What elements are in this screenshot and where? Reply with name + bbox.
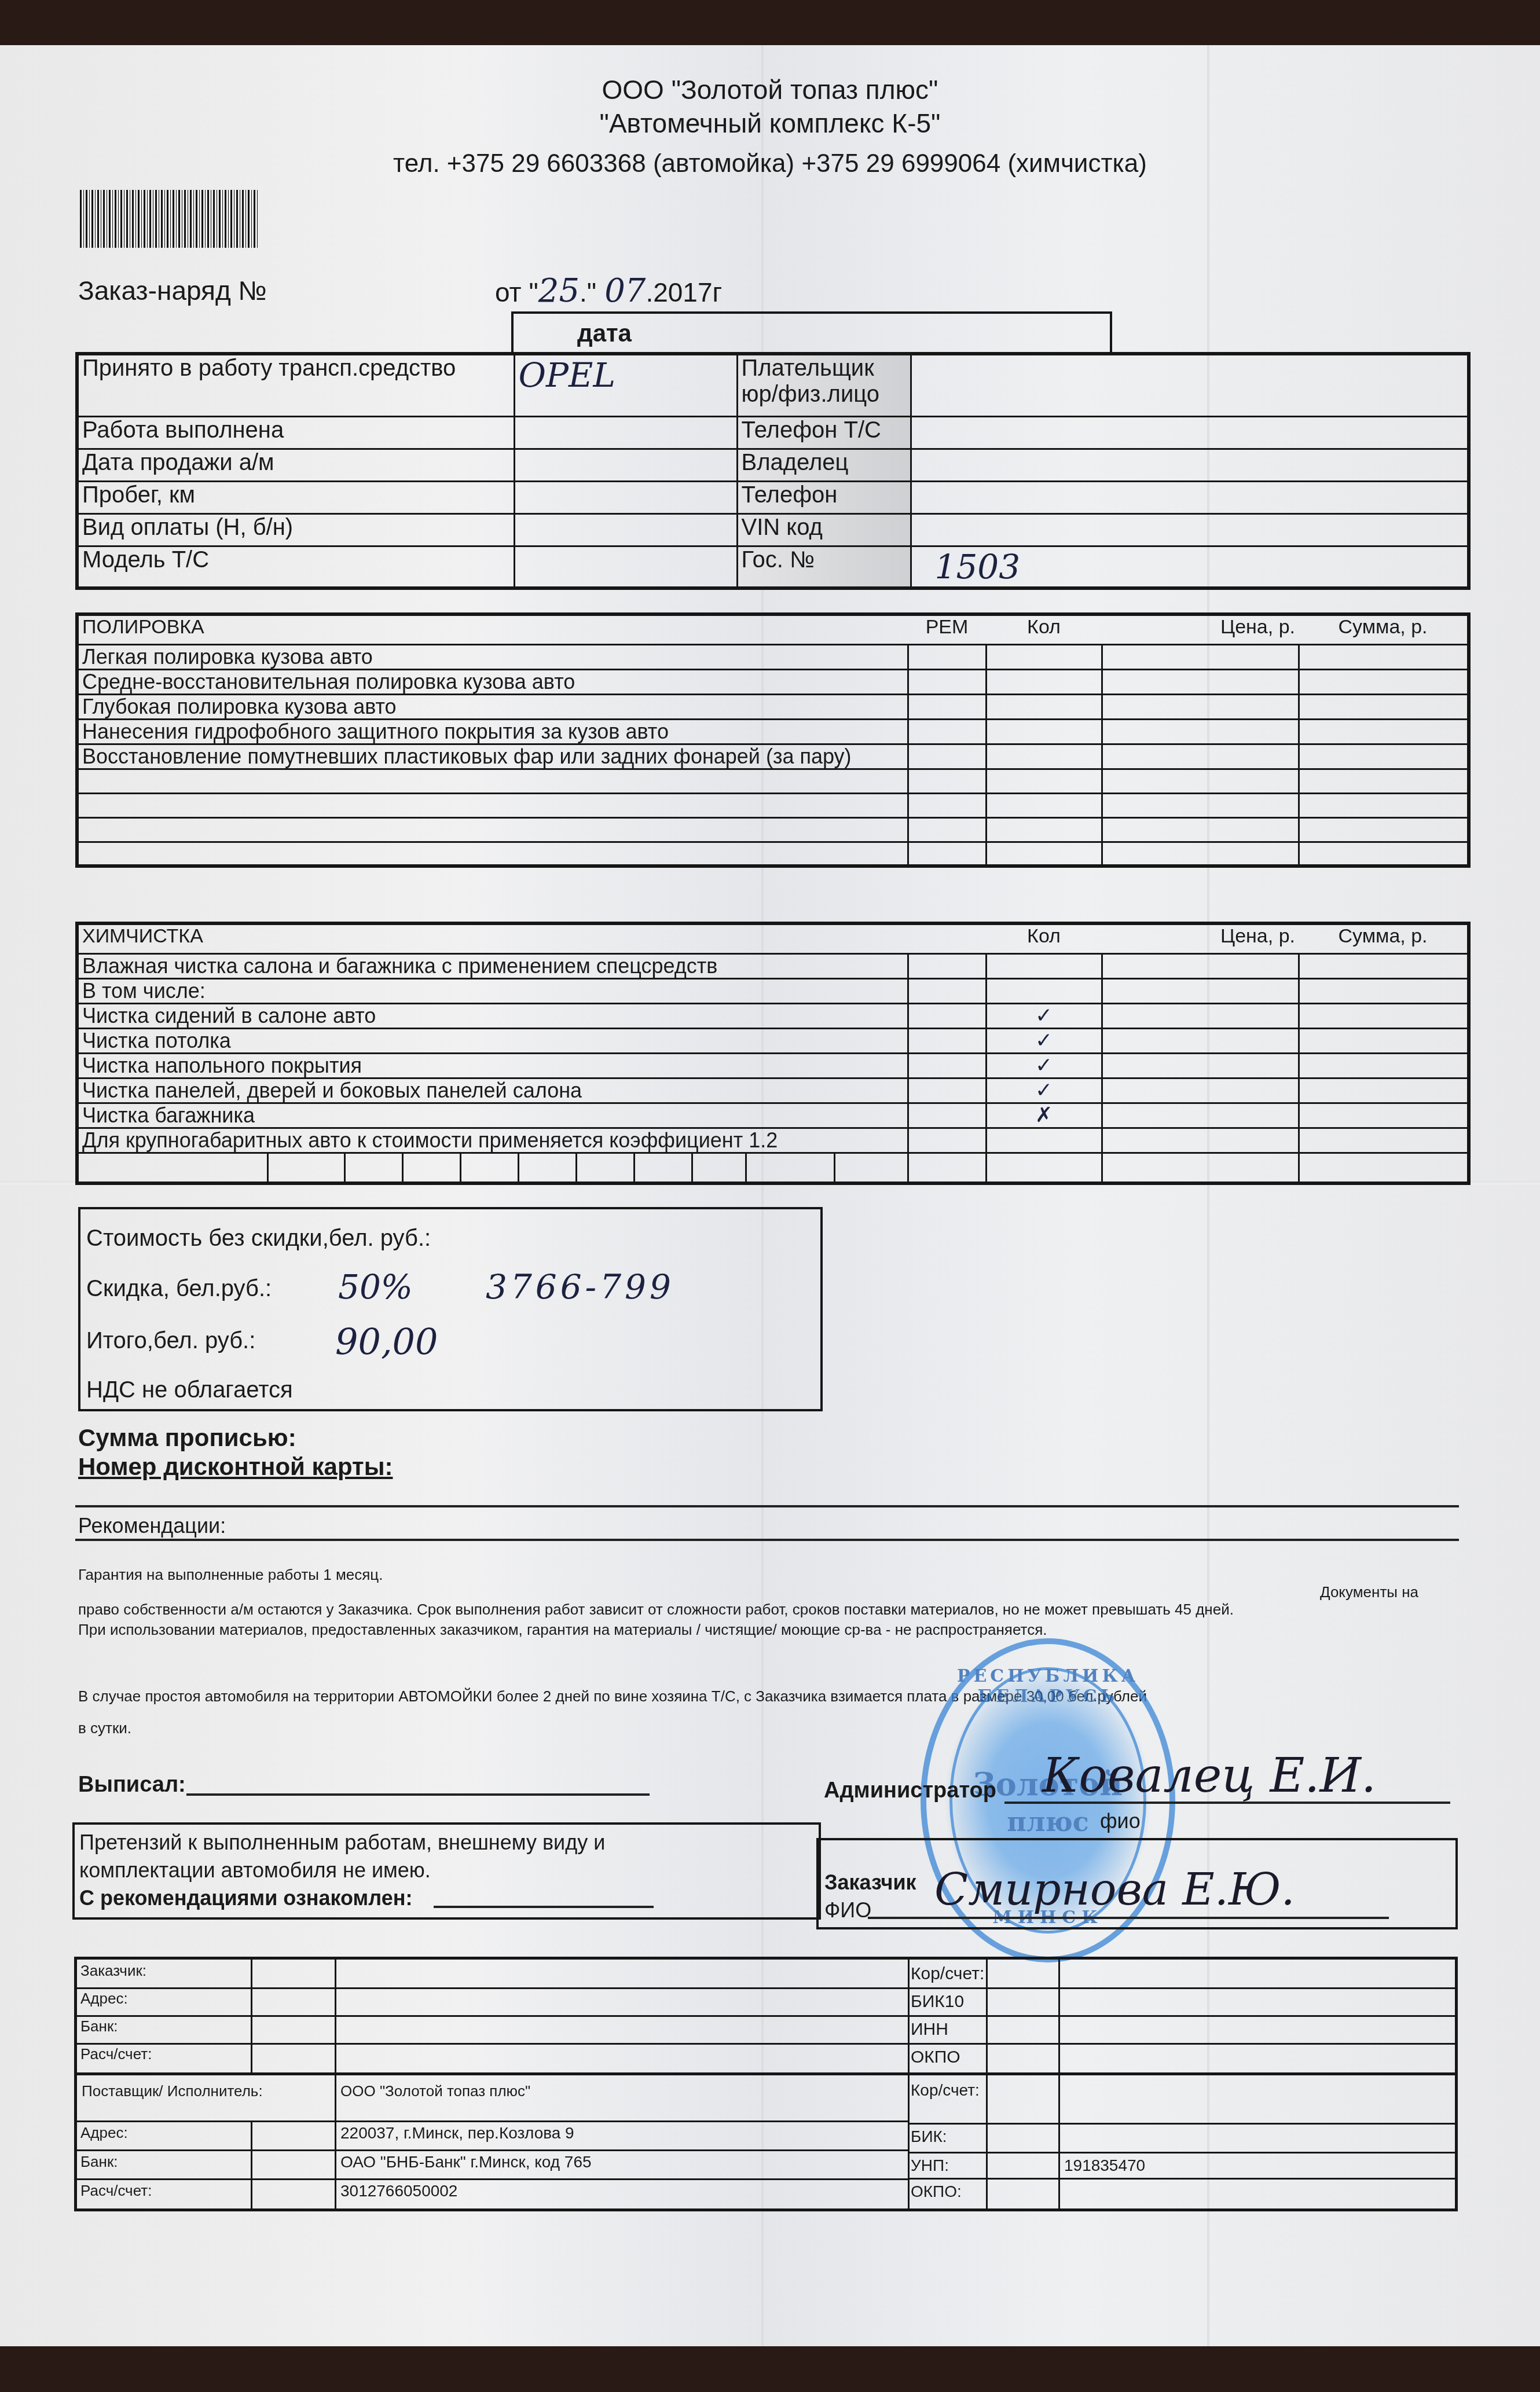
customer-field-label: ИНН bbox=[911, 2020, 948, 2039]
qty-cell[interactable]: ✓ bbox=[986, 1003, 1102, 1028]
table-row: Легкая полировка кузова авто bbox=[77, 644, 1469, 669]
table-row: Пробег, кмТелефон bbox=[77, 481, 1469, 513]
supplier-field-label: БИК: bbox=[911, 2127, 947, 2146]
price-cell[interactable] bbox=[1102, 953, 1299, 978]
sum-cell[interactable] bbox=[1299, 1103, 1469, 1128]
sum-cell[interactable] bbox=[1299, 669, 1469, 694]
qty-cell[interactable] bbox=[986, 817, 1102, 842]
field-value[interactable] bbox=[514, 546, 737, 588]
rem-cell[interactable] bbox=[908, 719, 986, 744]
rem-cell[interactable] bbox=[908, 769, 986, 793]
admin-label: Администратор bbox=[824, 1778, 996, 1803]
supplier-name: ООО "Золотой топаз плюс" bbox=[340, 2082, 530, 2100]
field-value[interactable] bbox=[514, 513, 737, 546]
customer-field-label: Адрес: bbox=[80, 1990, 128, 2008]
service-name: Глубокая полировка кузова авто bbox=[77, 694, 908, 719]
table-row: Дата продажи а/мВладелец bbox=[77, 449, 1469, 481]
price-cell[interactable] bbox=[1102, 1003, 1299, 1028]
service-name bbox=[77, 769, 908, 793]
discount-label: Скидка, бел.руб.: bbox=[86, 1276, 272, 1302]
field-label: Телефон bbox=[737, 481, 911, 513]
customer-signature-line[interactable] bbox=[868, 1917, 1389, 1919]
service-name bbox=[77, 817, 908, 842]
qty-cell[interactable] bbox=[986, 744, 1102, 769]
service-name: Нанесения гидрофобного защитного покрыти… bbox=[77, 719, 908, 744]
company-name: ООО "Золотой топаз плюс" bbox=[0, 74, 1540, 105]
table-row: Принято в работу трансп.средствоOPELПлат… bbox=[77, 354, 1469, 416]
price-cell[interactable] bbox=[1102, 694, 1299, 719]
sum-in-words-label: Сумма прописью: bbox=[78, 1424, 296, 1452]
rem-cell[interactable] bbox=[908, 793, 986, 817]
field-value[interactable]: OPEL bbox=[514, 354, 737, 416]
rem-cell[interactable] bbox=[908, 1078, 986, 1103]
service-name: Для крупногабаритных авто к стоимости пр… bbox=[77, 1128, 908, 1153]
sum-cell[interactable] bbox=[1299, 719, 1469, 744]
supplier-field-value: ОАО "БНБ-Банк" г.Минск, код 765 bbox=[340, 2153, 592, 2171]
discount-card-label: Номер дисконтной карты: bbox=[78, 1453, 393, 1481]
table-row: Средне-восстановительная полировка кузов… bbox=[77, 669, 1469, 694]
supplier-field-label: УНП: bbox=[911, 2156, 949, 2175]
customer-field-label: Банк: bbox=[80, 2017, 118, 2035]
price-cell[interactable] bbox=[1102, 669, 1299, 694]
customer-box: Заказчик ФИО Смирнова Е.Ю. bbox=[816, 1838, 1458, 1929]
qty-cell[interactable] bbox=[986, 1128, 1102, 1153]
field-value[interactable] bbox=[911, 354, 1469, 416]
supplier-field-label: Расч/счет: bbox=[80, 2182, 152, 2200]
price-cell[interactable] bbox=[1102, 793, 1299, 817]
drycleaning-title: ХИМЧИСТКА bbox=[77, 923, 908, 953]
field-value[interactable]: 1503 bbox=[911, 546, 1469, 588]
table-row bbox=[77, 793, 1469, 817]
table-row: Чистка багажника✗ bbox=[77, 1103, 1469, 1128]
sum-cell[interactable] bbox=[1299, 1028, 1469, 1053]
customer-field-label: Кор/счет: bbox=[911, 1964, 984, 1984]
service-name bbox=[77, 793, 908, 817]
table-row: Глубокая полировка кузова авто bbox=[77, 694, 1469, 719]
sum-cell[interactable] bbox=[1299, 1053, 1469, 1078]
drycleaning-table: ХИМЧИСТКА Кол Цена, р. Сумма, р. Влажная… bbox=[75, 922, 1471, 1185]
service-name: Восстановление помутневших пластиковых ф… bbox=[77, 744, 908, 769]
idle-fee-text-2: в сутки. bbox=[78, 1719, 131, 1737]
rem-cell[interactable] bbox=[908, 1103, 986, 1128]
supplier-title: Поставщик/ Исполнитель: bbox=[82, 2082, 263, 2100]
service-name: Чистка напольного покрытия bbox=[77, 1053, 908, 1078]
qty-cell[interactable] bbox=[986, 694, 1102, 719]
sum-cell[interactable] bbox=[1299, 978, 1469, 1003]
price-cell[interactable] bbox=[1102, 817, 1299, 842]
supplier-field-value: 3012766050002 bbox=[340, 2182, 457, 2200]
table-row: Работа выполненаТелефон Т/С bbox=[77, 416, 1469, 449]
sum-cell[interactable] bbox=[1299, 644, 1469, 669]
sum-cell[interactable] bbox=[1299, 793, 1469, 817]
qty-cell[interactable] bbox=[986, 644, 1102, 669]
table-row: Чистка потолка✓ bbox=[77, 1028, 1469, 1053]
price-cell[interactable] bbox=[1102, 842, 1299, 866]
field-label: Вид оплаты (Н, б/н) bbox=[77, 513, 514, 546]
supplier-details-table: Поставщик/ Исполнитель: ООО "Золотой топ… bbox=[74, 2072, 1458, 2211]
vehicle-info-table: Принято в работу трансп.средствоOPELПлат… bbox=[75, 352, 1471, 590]
field-label: Дата продажи а/м bbox=[77, 449, 514, 481]
table-row: Вид оплаты (Н, б/н)VIN код bbox=[77, 513, 1469, 546]
field-label: Владелец bbox=[737, 449, 911, 481]
service-name bbox=[77, 842, 908, 866]
service-name: Чистка сидений в салоне авто bbox=[77, 1003, 908, 1028]
unp-value: 191835470 bbox=[1064, 2156, 1145, 2175]
sum-cell[interactable] bbox=[1299, 744, 1469, 769]
ack-signature-line[interactable] bbox=[434, 1906, 654, 1908]
field-label: Гос. № bbox=[737, 546, 911, 588]
field-value[interactable] bbox=[514, 449, 737, 481]
discount-note: 3766-799 bbox=[486, 1267, 674, 1307]
cost-label: Стоимость без скидки,бел. руб.: bbox=[86, 1226, 431, 1252]
polishing-title: ПОЛИРОВКА bbox=[77, 614, 908, 644]
sum-cell[interactable] bbox=[1299, 1128, 1469, 1153]
field-label: Пробег, км bbox=[77, 481, 514, 513]
rem-cell[interactable] bbox=[908, 953, 986, 978]
table-row: Для крупногабаритных авто к стоимости пр… bbox=[77, 1128, 1469, 1153]
supplier-field-value: 220037, г.Минск, пер.Козлова 9 bbox=[340, 2124, 574, 2142]
sum-cell[interactable] bbox=[1299, 769, 1469, 793]
field-value[interactable] bbox=[514, 416, 737, 449]
total-label: Итого,бел. руб.: bbox=[86, 1328, 255, 1354]
documents-text: Документы на bbox=[1320, 1583, 1418, 1601]
table-row: Модель Т/СГос. №1503 bbox=[77, 546, 1469, 588]
rem-cell[interactable] bbox=[908, 744, 986, 769]
customer-field-label: Заказчик: bbox=[80, 1962, 146, 1980]
barcode bbox=[80, 190, 259, 248]
supplier-field-label: Кор/счет: bbox=[911, 2081, 980, 2100]
field-value[interactable] bbox=[911, 513, 1469, 546]
price-cell[interactable] bbox=[1102, 1028, 1299, 1053]
sum-cell[interactable] bbox=[1299, 1003, 1469, 1028]
recommendations-label: Рекомендации: bbox=[78, 1514, 226, 1538]
service-name: Чистка потолка bbox=[77, 1028, 908, 1053]
claims-box: Претензий к выполненным работам, внешнем… bbox=[72, 1822, 821, 1920]
price-cell[interactable] bbox=[1102, 978, 1299, 1003]
service-name: Влажная чистка салона и багажника с прим… bbox=[77, 953, 908, 978]
table-row: В том числе: bbox=[77, 978, 1469, 1003]
price-cell[interactable] bbox=[1102, 769, 1299, 793]
field-label: Работа выполнена bbox=[77, 416, 514, 449]
service-name: Средне-восстановительная полировка кузов… bbox=[77, 669, 908, 694]
polishing-table: ПОЛИРОВКА РЕМ Кол Цена, р. Сумма, р. Лег… bbox=[75, 612, 1471, 868]
table-row: Восстановление помутневших пластиковых ф… bbox=[77, 744, 1469, 769]
warranty-text: Гарантия на выполненные работы 1 месяц. bbox=[78, 1566, 383, 1584]
rem-cell[interactable] bbox=[908, 1028, 986, 1053]
customer-field-label: БИК10 bbox=[911, 1992, 964, 2012]
table-row: Чистка панелей, дверей и боковых панелей… bbox=[77, 1078, 1469, 1103]
date-box: дата bbox=[511, 311, 1112, 355]
vat-note: НДС не облагается bbox=[86, 1377, 293, 1403]
sum-cell[interactable] bbox=[1299, 694, 1469, 719]
qty-cell[interactable] bbox=[986, 669, 1102, 694]
table-row: Чистка сидений в салоне авто✓ bbox=[77, 1003, 1469, 1028]
qty-cell[interactable]: ✓ bbox=[986, 1028, 1102, 1053]
materials-text: При использовании материалов, предоставл… bbox=[78, 1621, 1047, 1639]
qty-cell[interactable] bbox=[986, 719, 1102, 744]
rem-cell[interactable] bbox=[908, 694, 986, 719]
field-label: Модель Т/С bbox=[77, 546, 514, 588]
admin-fio-label: фио bbox=[1100, 1809, 1141, 1833]
admin-signature: Ковалец Е.И. bbox=[1042, 1748, 1376, 1803]
field-label: Плательщик юр/физ.лицо bbox=[737, 354, 911, 416]
qty-cell[interactable] bbox=[986, 978, 1102, 1003]
table-row: Чистка напольного покрытия✓ bbox=[77, 1053, 1469, 1078]
date-day: 25 bbox=[538, 272, 580, 310]
field-label: Принято в работу трансп.средство bbox=[77, 354, 514, 416]
service-name: Легкая полировка кузова авто bbox=[77, 644, 908, 669]
rem-cell[interactable] bbox=[908, 817, 986, 842]
issued-by-line[interactable] bbox=[186, 1793, 650, 1796]
phones: тел. +375 29 6603368 (автомойка) +375 29… bbox=[0, 149, 1540, 178]
qty-cell[interactable] bbox=[986, 842, 1102, 866]
issued-by-label: Выписал: bbox=[78, 1773, 186, 1797]
table-row bbox=[77, 1153, 1469, 1183]
divider bbox=[75, 1505, 1459, 1507]
qty-cell[interactable]: ✓ bbox=[986, 1078, 1102, 1103]
ownership-text: право собственности а/м остаются у Заказ… bbox=[78, 1601, 1234, 1619]
rem-cell[interactable] bbox=[908, 644, 986, 669]
price-cell[interactable] bbox=[1102, 644, 1299, 669]
service-name: В том числе: bbox=[77, 978, 908, 1003]
customer-details-table: Заказчик:Адрес:Банк:Расч/счет: Кор/счет:… bbox=[74, 1957, 1458, 2075]
supplier-field-label: Банк: bbox=[80, 2153, 118, 2171]
qty-cell[interactable] bbox=[986, 953, 1102, 978]
field-value[interactable] bbox=[514, 481, 737, 513]
complex-name: "Автомечный комплекс К-5" bbox=[0, 108, 1540, 139]
rem-cell[interactable] bbox=[908, 1053, 986, 1078]
qty-cell[interactable] bbox=[986, 769, 1102, 793]
qty-cell[interactable]: ✗ bbox=[986, 1103, 1102, 1128]
field-value[interactable] bbox=[911, 416, 1469, 449]
rem-cell[interactable] bbox=[908, 669, 986, 694]
order-title: Заказ-наряд № bbox=[78, 275, 267, 306]
sum-cell[interactable] bbox=[1299, 842, 1469, 866]
rem-cell[interactable] bbox=[908, 978, 986, 1003]
supplier-field-label: Адрес: bbox=[80, 2124, 128, 2142]
total-value: 90,00 bbox=[335, 1320, 438, 1363]
customer-signature: Смирнова Е.Ю. bbox=[934, 1863, 1295, 1915]
price-cell[interactable] bbox=[1102, 744, 1299, 769]
price-cell[interactable] bbox=[1102, 1103, 1299, 1128]
field-label: Телефон Т/С bbox=[737, 416, 911, 449]
sum-cell[interactable] bbox=[1299, 1078, 1469, 1103]
table-row bbox=[77, 842, 1469, 866]
qty-cell[interactable]: ✓ bbox=[986, 1053, 1102, 1078]
price-cell[interactable] bbox=[1102, 719, 1299, 744]
price-cell[interactable] bbox=[1102, 1078, 1299, 1103]
price-cell[interactable] bbox=[1102, 1128, 1299, 1153]
price-cell[interactable] bbox=[1102, 1053, 1299, 1078]
sum-cell[interactable] bbox=[1299, 953, 1469, 978]
rem-cell[interactable] bbox=[908, 842, 986, 866]
table-row: Нанесения гидрофобного защитного покрыти… bbox=[77, 719, 1469, 744]
rem-cell[interactable] bbox=[908, 1128, 986, 1153]
divider bbox=[75, 1539, 1459, 1541]
date-month: 07 bbox=[604, 272, 646, 310]
field-value[interactable] bbox=[911, 449, 1469, 481]
qty-cell[interactable] bbox=[986, 793, 1102, 817]
field-value[interactable] bbox=[911, 481, 1469, 513]
sum-cell[interactable] bbox=[1299, 817, 1469, 842]
service-name: Чистка панелей, дверей и боковых панелей… bbox=[77, 1078, 908, 1103]
table-row: Влажная чистка салона и багажника с прим… bbox=[77, 953, 1469, 978]
table-row bbox=[77, 817, 1469, 842]
supplier-field-label: ОКПО: bbox=[911, 2182, 962, 2201]
order-date: от "25."07.2017г bbox=[495, 272, 722, 310]
customer-field-label: Расч/счет: bbox=[80, 2045, 152, 2063]
service-name: Чистка багажника bbox=[77, 1103, 908, 1128]
table-row bbox=[77, 769, 1469, 793]
rem-cell[interactable] bbox=[908, 1003, 986, 1028]
field-label: VIN код bbox=[737, 513, 911, 546]
customer-field-label: ОКПО bbox=[911, 2048, 960, 2067]
discount-percent: 50% bbox=[338, 1267, 413, 1307]
totals-box: Стоимость без скидки,бел. руб.: Скидка, … bbox=[78, 1207, 823, 1411]
